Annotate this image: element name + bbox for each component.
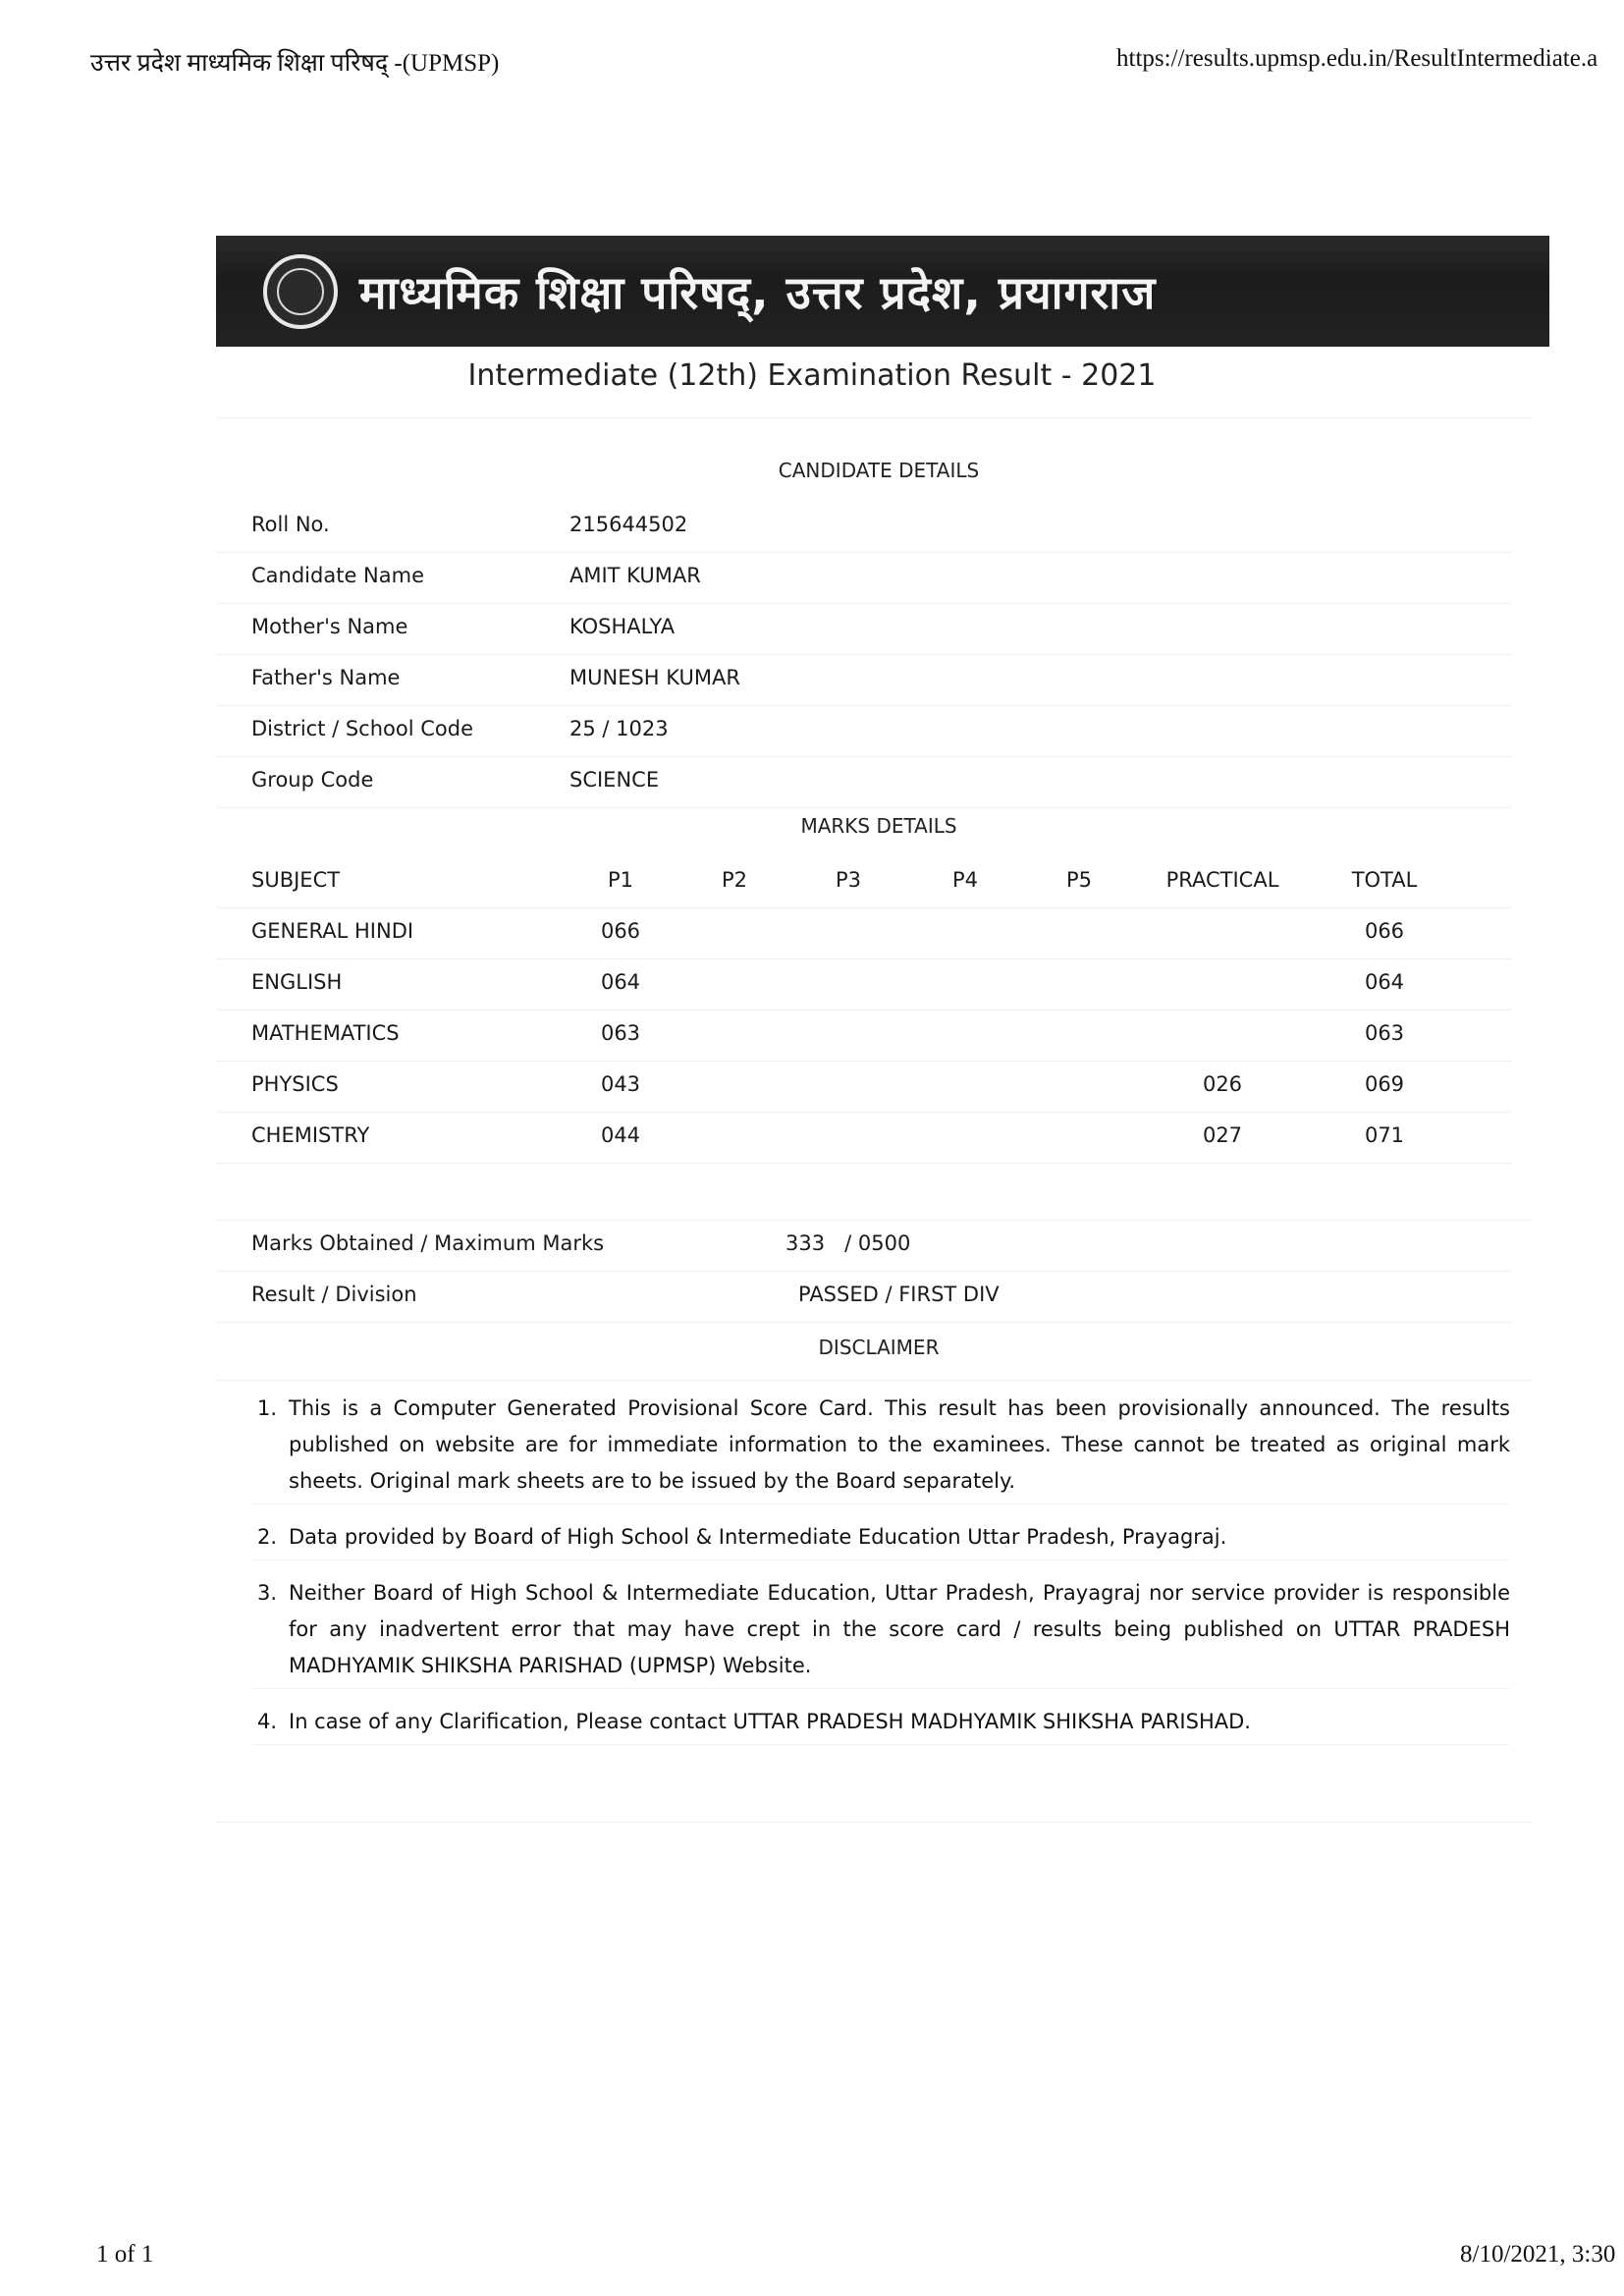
print-header: उत्तर प्रदेश माध्यमिक शिक्षा परिषद् -(UP… [0,45,1624,81]
disclaimer-item: 1. This is a Computer Generated Provisio… [253,1391,1510,1504]
divider [216,1822,1532,1823]
column-header: TOTAL [1326,868,1443,892]
print-footer: 1 of 1 8/10/2021, 3:30 [0,2241,1624,2276]
p1-cell: 044 [562,1123,679,1147]
table-row: GENERAL HINDI 066 066 [216,907,1512,959]
p1-cell: 066 [562,919,679,943]
field-value: 25 / 1023 [569,717,669,740]
disclaimer-heading: DISCLAIMER [216,1336,1542,1359]
disclaimer-item: 3. Neither Board of High School & Interm… [253,1575,1510,1689]
field-label: District / School Code [251,717,473,740]
item-text: In case of any Clarification, Please con… [289,1710,1251,1733]
subject-cell: MATHEMATICS [251,1021,546,1045]
candidate-field-district-school-code: District / School Code 25 / 1023 [216,705,1512,757]
print-timestamp: 8/10/2021, 3:30 [1460,2241,1615,2269]
item-number: 3. [257,1575,277,1612]
item-number: 4. [257,1704,277,1740]
item-text: Data provided by Board of High School & … [289,1525,1226,1549]
column-header: P2 [676,868,793,892]
field-label: Father's Name [251,666,400,689]
disclaimer-item: 2. Data provided by Board of High School… [253,1519,1510,1560]
item-text: This is a Computer Generated Provisional… [289,1396,1510,1493]
total-cell: 066 [1326,919,1443,943]
total-cell: 071 [1326,1123,1443,1147]
column-header: PRACTICAL [1129,868,1316,892]
candidate-field-name: Candidate Name AMIT KUMAR [216,552,1512,604]
board-title: माध्यमिक शिक्षा परिषद्, उत्तर प्रदेश, प्… [359,261,1156,322]
candidate-field-roll-no: Roll No. 215644502 [216,501,1512,553]
result-division-label: Result / Division [251,1283,417,1306]
result-division-value: PASSED / FIRST DIV [798,1283,1000,1306]
total-cell: 063 [1326,1021,1443,1045]
practical-cell: 027 [1129,1123,1316,1147]
practical-cell: 026 [1129,1072,1316,1096]
field-value: KOSHALYA [569,615,675,638]
marks-details-heading: MARKS DETAILS [216,814,1542,838]
field-label: Roll No. [251,513,330,536]
marks-summary-row: Marks Obtained / Maximum Marks 333 / 050… [216,1220,1512,1272]
candidate-field-group-code: Group Code SCIENCE [216,756,1512,808]
board-banner: माध्यमिक शिक्षा परिषद्, उत्तर प्रदेश, प्… [216,236,1549,347]
candidate-details-heading: CANDIDATE DETAILS [216,459,1542,482]
field-label: Group Code [251,768,373,792]
field-value: 215644502 [569,513,687,536]
field-value: MUNESH KUMAR [569,666,740,689]
p1-cell: 043 [562,1072,679,1096]
table-row: CHEMISTRY 044 027 071 [216,1112,1512,1164]
subject-cell: PHYSICS [251,1072,546,1096]
field-value: AMIT KUMAR [569,564,701,587]
column-header: P4 [906,868,1024,892]
column-header: P1 [562,868,679,892]
disclaimer-list: 1. This is a Computer Generated Provisio… [253,1391,1510,1760]
item-number: 2. [257,1519,277,1556]
field-label: Candidate Name [251,564,424,587]
marks-table-header: SUBJECT P1 P2 P3 P4 P5 PRACTICAL TOTAL [216,856,1512,908]
column-header: P5 [1020,868,1138,892]
item-text: Neither Board of High School & Intermedi… [289,1581,1510,1677]
field-label: Mother's Name [251,615,407,638]
marks-obtained-value: 333 / 0500 [785,1231,910,1255]
exam-title: Intermediate (12th) Examination Result -… [0,358,1624,393]
subject-cell: CHEMISTRY [251,1123,546,1147]
candidate-field-mother-name: Mother's Name KOSHALYA [216,603,1512,655]
p1-cell: 064 [562,970,679,994]
column-header: P3 [789,868,907,892]
page-count: 1 of 1 [96,2241,153,2269]
column-header: SUBJECT [251,868,546,892]
marks-obtained-label: Marks Obtained / Maximum Marks [251,1231,604,1255]
table-row: MATHEMATICS 063 063 [216,1010,1512,1062]
print-page-title: उत्तर प्रदेश माध्यमिक शिक्षा परिषद् -(UP… [90,45,499,79]
subject-cell: GENERAL HINDI [251,919,546,943]
up-government-seal-icon [263,254,338,329]
subject-cell: ENGLISH [251,970,546,994]
divider [216,1380,1532,1381]
result-division-row: Result / Division PASSED / FIRST DIV [216,1271,1512,1323]
p1-cell: 063 [562,1021,679,1045]
item-number: 1. [257,1391,277,1427]
divider [216,417,1532,418]
print-url: https://results.upmsp.edu.in/ResultInter… [1116,45,1597,73]
disclaimer-item: 4. In case of any Clarification, Please … [253,1704,1510,1745]
table-row: ENGLISH 064 064 [216,958,1512,1011]
total-cell: 064 [1326,970,1443,994]
total-cell: 069 [1326,1072,1443,1096]
field-value: SCIENCE [569,768,659,792]
table-row: PHYSICS 043 026 069 [216,1061,1512,1113]
candidate-field-father-name: Father's Name MUNESH KUMAR [216,654,1512,706]
